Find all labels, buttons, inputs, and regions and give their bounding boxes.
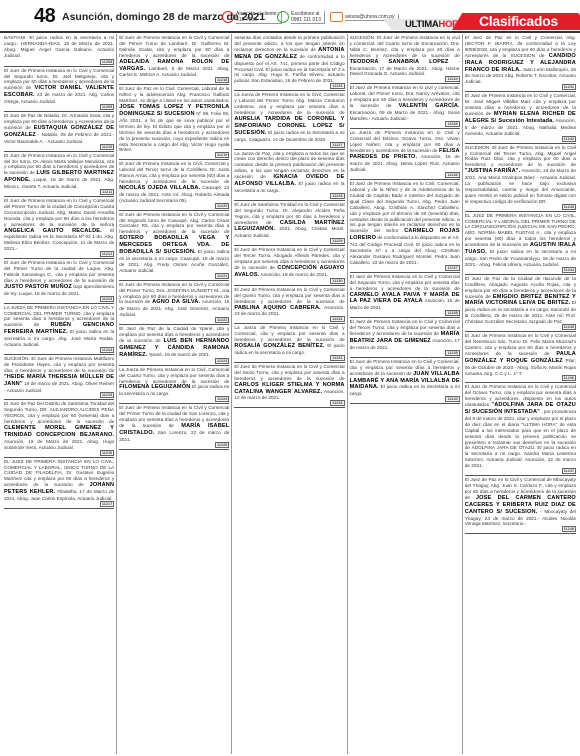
legal-notice: El Juez de Paz en lo Civil, Comercial, L…: [119, 85, 229, 160]
legal-notice: La Jueza de Primera Instancia en lo Civi…: [350, 129, 460, 180]
legal-notice: EL JUEZ DE PRIMERA INSTANCIA EN LO CIVIL…: [465, 212, 576, 275]
notice-code: 11231: [234, 317, 344, 322]
notice-code-value: 11238: [445, 310, 459, 316]
notice-code-value: 11226: [330, 83, 344, 89]
legal-notice: LA JUEZA DE PRIMERA INSTANCIA EN LO CIVI…: [4, 304, 114, 355]
notice-code-value: 11234: [445, 76, 459, 82]
legal-notice: El Juez de Primera Instancia en lo Civil…: [350, 358, 460, 404]
legal-notice: El Juez de Primera Instancia en lo Civil…: [234, 363, 344, 408]
notice-code: 11246: [465, 376, 576, 381]
notice-code-value: 11244: [562, 267, 576, 273]
legal-notice: El Juez de Primera Instancia en lo Civil…: [465, 92, 576, 143]
notice-text: El Juez de Primera Instancia en lo Civil…: [4, 198, 114, 227]
notice-code: 11210: [4, 145, 114, 150]
legal-notice: El Juez de Primera Instancia en lo Civil…: [4, 67, 114, 112]
notice-code-value: 11231: [330, 316, 344, 322]
notice-code-value: 11228: [330, 193, 344, 199]
contact-phone-value: 415 7000: [236, 17, 278, 23]
notice-text-after: Encarnación, 09 de Marzo de 2021.- Abog.…: [350, 110, 460, 121]
legal-notice: El Juez de Primera Instancia en lo Civil…: [465, 383, 576, 476]
notice-code-value: 11235: [445, 121, 459, 127]
notice-text: SUCESIÓN. El Juez de Primera Instancia e…: [350, 35, 460, 58]
notice-code-value: 11237: [445, 265, 459, 271]
notice-code-value: 11222: [215, 317, 229, 323]
notice-code-value: 11216: [100, 450, 114, 456]
notice-code-value: 11248: [562, 526, 576, 532]
notice-code-value: 11246: [562, 375, 576, 381]
legal-notice: El Juez de Primera Instancia en lo Civil…: [119, 34, 229, 85]
notice-code: 11247: [465, 469, 576, 474]
notice-code-value: 11217: [100, 501, 114, 507]
brand-part1: ULTIMA: [405, 19, 438, 30]
notice-deceased-name: AGNO DA SILVA.: [152, 299, 200, 305]
notice-code: 11229: [234, 239, 344, 244]
notice-code: 11234: [350, 77, 460, 82]
notice-text: SUCESION. El Juez de Primera Instancia e…: [465, 145, 576, 168]
legal-notice: El Juez de Primera Instancia en lo Civil…: [465, 332, 576, 383]
legal-notice: El Juez de Primera Instancia en lo Civil…: [350, 318, 460, 358]
notice-code-value: 11210: [100, 144, 114, 150]
legal-notice: El Juez de Primera Instancia en lo Civil…: [4, 197, 114, 259]
legal-notice: El Juez de Paz en lo Civil y Comercial, …: [465, 34, 576, 92]
notice-text: El Juez de Primera Instancia en lo Civil…: [4, 260, 114, 283]
notice-code-value: 11233: [330, 400, 344, 406]
legal-notice: El Juez de Paz Del Distrito de Santísima…: [4, 400, 114, 457]
notice-code: 11209: [4, 105, 114, 110]
notice-text: El Juez de Primera Instancia en lo Civil…: [119, 212, 229, 235]
notice-code: 11236: [350, 173, 460, 178]
notice-code-value: 11241: [562, 84, 576, 90]
legal-notice: SUCESION. El Juez de Primera Instancia e…: [465, 144, 576, 212]
notice-code-value: 11211: [100, 189, 114, 195]
notice-code-value: 11219: [215, 152, 229, 158]
legal-notice: La Jueza de Primera Instancia en lo Civi…: [119, 366, 229, 405]
notice-code-value: 11227: [330, 142, 344, 148]
notice-code: 11232: [234, 356, 344, 361]
notice-deceased-name: ANGELICA GAUTO RECALDE.: [4, 228, 102, 234]
notice-code: 11242: [465, 137, 576, 142]
notice-code-value: 11225: [215, 442, 229, 448]
contact-whatsapp[interactable]: Escribinos al 0981 111 013: [277, 9, 325, 25]
notice-text: El Juez de Paz Del Distrito de Santísima…: [4, 401, 114, 424]
page-header: 48 Asunción, domingo 28 de marzo de 2021…: [0, 0, 580, 30]
notice-text: El Juez de Primera Instancia en lo Civil…: [234, 287, 344, 304]
notice-code-value: 11232: [330, 355, 344, 361]
notice-deceased-name: TEODORA SANABRIA LOPEZ: [350, 59, 449, 65]
notice-code: 11230: [234, 279, 344, 284]
column-2: El Juez de Primera Instancia en lo Civil…: [117, 34, 232, 754]
notice-deceased-name: NICOLÁS OJEDA VILLALBA.: [119, 185, 200, 191]
notice-code: 11216: [4, 451, 114, 456]
notice-code-value: 11224: [215, 396, 229, 402]
legal-notice: El Juez de Paz de la Ciudad de Itacurubí…: [465, 275, 576, 332]
notice-code-value: 11209: [100, 104, 114, 110]
column-1: BASTIANI. El juicio radica en la secreta…: [2, 34, 117, 754]
legal-notice: El Juez de Primera Instancia en lo Civil…: [119, 160, 229, 210]
section-title: Clasificados: [479, 13, 558, 29]
notice-code: 11240: [350, 397, 460, 402]
legal-notice: SUCESIÓN. El Juez de Primera Instancia M…: [4, 355, 114, 400]
notice-deceased-name: "JUSTINA FARIÑA".: [465, 168, 521, 174]
notice-code: 11235: [350, 122, 460, 127]
legal-notice: El Juez de Primera Instancia en lo Civil…: [234, 286, 344, 325]
notice-text: BASTIANI. El juicio radica en la secreta…: [4, 35, 114, 58]
notice-text: La Jueza de Primera Instancia en lo Civi…: [119, 367, 229, 384]
notice-code: 11233: [234, 401, 344, 406]
phone-icon: [222, 11, 234, 23]
notice-code: 11218: [119, 78, 229, 83]
notice-text: La Jueza de Primera Instancia en lo Civi…: [234, 325, 344, 342]
header-divider: [0, 31, 580, 33]
notice-code: 11220: [119, 204, 229, 209]
notice-code-value: 11221: [215, 273, 229, 279]
notice-code: 11214: [4, 348, 114, 353]
contact-whatsapp-value: 0981 111 013: [291, 17, 321, 23]
notice-code: 11212: [4, 252, 114, 257]
notice-code: 11237: [350, 266, 460, 271]
legal-notice: La Jueza de Primera Instancia en lo Civi…: [234, 324, 344, 363]
notice-code: 11225: [119, 443, 229, 448]
legal-notice: El Juez de Paz de Nataliio, Dr. Armando …: [4, 112, 114, 152]
notice-code-value: 11214: [100, 347, 114, 353]
notice-code: 11211: [4, 190, 114, 195]
column-4: SUCESIÓN. El Juez de Primera Instancia e…: [348, 34, 463, 754]
notice-code-value: 11236: [445, 172, 459, 178]
contact-email-label: avisos@uhora.com.py: [345, 14, 395, 20]
notice-text-after: Asunción, 18 de marzo de 2021.: [261, 272, 329, 277]
notice-code-value: 11212: [100, 251, 114, 257]
classifieds-columns: BASTIANI. El juicio radica en la secreta…: [2, 34, 578, 754]
notice-code: 11215: [4, 393, 114, 398]
notice-code: 11219: [119, 153, 229, 158]
notice-text-after: Nº 85, Folio 06, Año 2021, a fin de que …: [119, 111, 229, 152]
notice-text: SUCESIÓN. El Juez de Primera Instancia M…: [4, 356, 114, 373]
column-5: El Juez de Paz en lo Civil y Comercial, …: [463, 34, 578, 754]
notice-code-value: 11243: [562, 204, 576, 210]
notice-code: 11228: [234, 194, 344, 199]
legal-notice: sesenta días contados desde la primera p…: [234, 34, 344, 91]
notice-code-value: 11230: [330, 278, 344, 284]
notice-deceased-name: VALENTÍN GARCÍA.: [399, 103, 460, 109]
notice-code: 11221: [119, 274, 229, 279]
notice-text: El Juez de Paz en lo Civil, Comercial, L…: [119, 86, 229, 103]
notice-code: 11222: [119, 318, 229, 323]
notice-code: 11245: [465, 325, 576, 330]
notice-code-value: 11215: [100, 392, 114, 398]
notice-text-after: Asunción, 19 de Marzo de 2021. Abog. Hug…: [4, 439, 114, 450]
notice-code: 11224: [119, 397, 229, 402]
notice-code-value: 11247: [562, 468, 576, 474]
legal-notice: El Juez de Primera Instancia en lo Civil…: [234, 246, 344, 286]
notice-text: El Juez de Primera Instancia en lo Civil…: [234, 364, 344, 381]
notice-code: 11223: [119, 359, 229, 364]
legal-notice: SUCESIÓN. El Juez de Primera Instancia e…: [350, 34, 460, 84]
mail-icon: [330, 12, 343, 22]
notice-code: 11208: [4, 60, 114, 65]
notice-code: 11248: [465, 527, 576, 532]
legal-notice: EL JUEZ DE PRIMERA INSTANCIA EN LO CIVIL…: [4, 458, 114, 509]
notice-code-value: 11218: [215, 77, 229, 83]
notice-text-after: , por providencia del 9 de marzo de 2021…: [465, 409, 576, 468]
notice-code-value: 11223: [215, 358, 229, 364]
notice-code: 11226: [234, 84, 344, 89]
notice-deceased-name: CLEMENTE MOREL GIMENEZ Y TRINIDAD CONCEP…: [4, 425, 114, 438]
notice-code: 11239: [350, 351, 460, 356]
legal-notice: La Jueza de Primera Instancia en lo Civi…: [234, 91, 344, 149]
legal-notice: El Juez de Primera Instancia en lo Civil…: [119, 281, 229, 325]
notice-code-value: 11229: [330, 238, 344, 244]
contact-phone[interactable]: Atención al cliente: 415 7000: [222, 9, 282, 25]
notice-text-after: Ypané, 19 de marzo de 2021.: [149, 352, 210, 357]
legal-notice: El Juez de Primera Instancia en lo civil…: [350, 84, 460, 128]
notice-deceased-name: ROSALÍA GONZÁLEZ BENÍTEZ.: [234, 343, 324, 349]
legal-notice: El Juez de Primera Instancia en lo Civil…: [4, 152, 114, 197]
notice-code-value: 11220: [215, 203, 229, 209]
notice-code: 11241: [465, 85, 576, 90]
page-number: 48: [34, 5, 55, 28]
notice-deceased-name: JUSTO PASTOR MUÑOZ: [4, 284, 72, 290]
notice-deceased-name: FILOMENA LEGUIZAMÓN: [119, 384, 190, 390]
notice-text: La Jueza de Primera Instancia en lo Civi…: [234, 92, 344, 115]
column-3: sesenta días contados desde la primera p…: [232, 34, 347, 754]
legal-notice: BASTIANI. El juicio radica en la secreta…: [4, 34, 114, 67]
legal-notice: El Juez de Paz de la Ciudad de Ypané, ci…: [119, 325, 229, 366]
legal-notice: El Juez de Paz en lo Civil y Comercial d…: [465, 476, 576, 534]
notice-code-value: 11239: [445, 350, 459, 356]
notice-code: 11227: [234, 143, 344, 148]
notice-code-value: 11213: [100, 296, 114, 302]
notice-text: El Juez de Primera Instancia en lo Civil…: [119, 35, 229, 58]
legal-notice: El Juez de Santísima Trinidad en lo Civi…: [234, 201, 344, 246]
notice-code-value: 11242: [562, 136, 576, 142]
legal-notice: El Juez de Primera Instancia en lo Civil…: [350, 180, 460, 273]
whatsapp-icon: [277, 11, 289, 23]
notice-text: El Juez de Primera Instancia en lo Civil…: [350, 181, 460, 233]
notice-code-value: 11208: [100, 59, 114, 65]
notice-code: 11244: [465, 268, 576, 273]
notice-code-value: 11245: [562, 324, 576, 330]
notice-code-value: 11240: [445, 396, 459, 402]
legal-notice: El Juez de Primera Instancia en lo Civil…: [4, 259, 114, 303]
notice-deceased-name: PABLINA AQUINO CABRERA.: [234, 305, 321, 311]
legal-notice: La Jueza de Paz, cita y emplaza a todos …: [234, 150, 344, 201]
contact-whatsapp-label: Escribinos al: [291, 11, 321, 17]
legal-notice: El Juez de Primera Instancia en lo Civil…: [119, 211, 229, 281]
notice-code: 11238: [350, 311, 460, 316]
notice-code: 11217: [4, 502, 114, 507]
notice-code: 11213: [4, 297, 114, 302]
contact-phone-label: Atención al cliente:: [236, 11, 278, 17]
legal-notice: El Juez de Primera Instancia en lo Civil…: [350, 273, 460, 318]
notice-text: El Juez de Primera Instancia en lo Civil…: [119, 161, 229, 184]
notice-text: El Juez de Primera Instancia en lo Civil…: [350, 274, 460, 291]
legal-notice: El Juez de Primera Instancia en lo Civil…: [119, 404, 229, 449]
notice-code: 11243: [465, 205, 576, 210]
